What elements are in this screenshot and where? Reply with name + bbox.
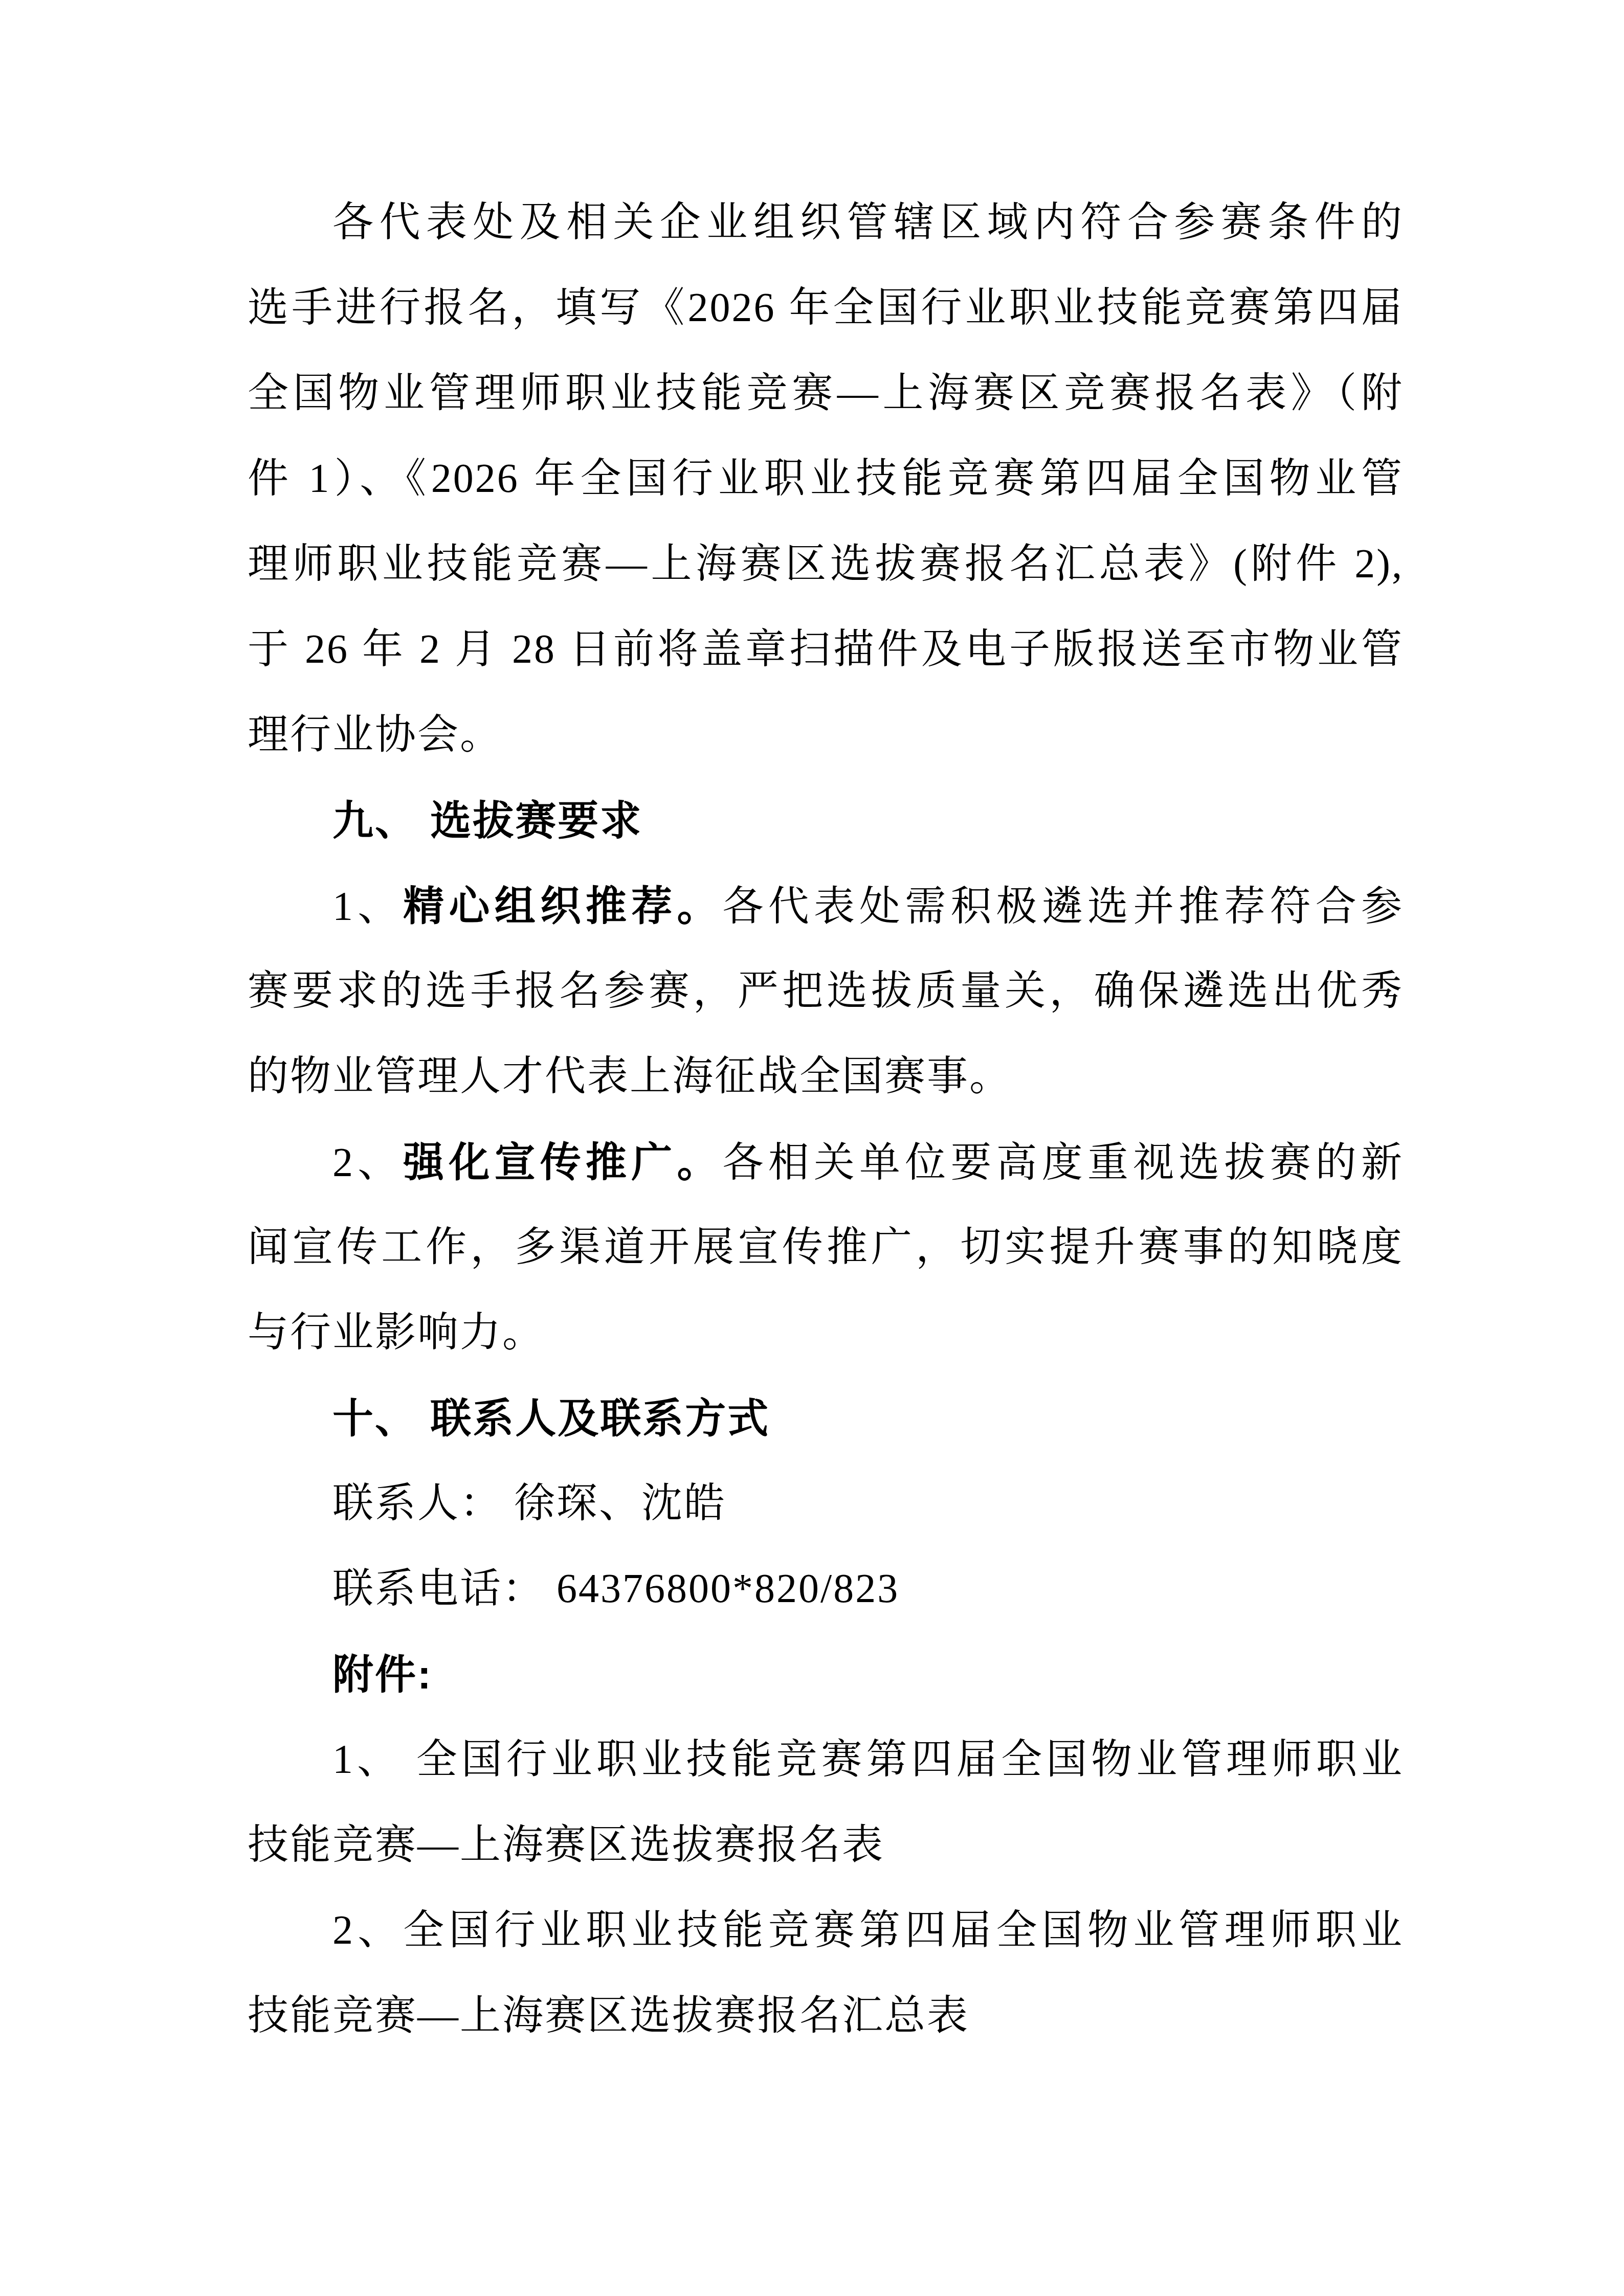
document-body: 各代表处及相关企业组织管辖区域内符合参赛条件的 选手进行报名，填写《2026 年… [248,180,1404,2059]
paragraph-line: 理师职业技能竞赛—上海赛区选拔赛报名汇总表》(附件 2), [248,522,1404,607]
attachments-label: 附件: [248,1632,1404,1717]
attachment-item-line: 2、全国行业职业技能竞赛第四届全国物业管理师职业 [248,1888,1404,1973]
paragraph-line: 选手进行报名，填写《2026 年全国行业职业技能竞赛第四届 [248,265,1404,351]
attachment-item-line: 技能竞赛—上海赛区选拔赛报名汇总表 [248,1973,1404,2059]
paragraph-line: 闻宣传工作，多渠道开展宣传推广，切实提升赛事的知晓度 [248,1205,1404,1290]
paragraph-text: 各相关单位要高度重视选拔赛的新 [723,1140,1404,1185]
attachment-item-line: 1、 全国行业职业技能竞赛第四届全国物业管理师职业 [248,1717,1404,1803]
paragraph-line: 的物业管理人才代表上海征战全国赛事。 [248,1034,1404,1119]
paragraph-line: 1、精心组织推荐。各代表处需积极遴选并推荐符合参 [248,863,1404,949]
paragraph-line: 赛要求的选手报名参赛，严把选拔质量关，确保遴选出优秀 [248,949,1404,1034]
paragraph-line: 于 26 年 2 月 28 日前将盖章扫描件及电子版报送至市物业管 [248,607,1404,692]
list-number: 1、 [332,884,403,929]
paragraph-line: 全国物业管理师职业技能竞赛—上海赛区竞赛报名表》（附 [248,351,1404,436]
contact-person-line: 联系人： 徐琛、沈皓 [248,1461,1404,1546]
attachment-item-line: 技能竞赛—上海赛区选拔赛报名表 [248,1803,1404,1888]
bold-lead-phrase: 精心组织推荐。 [403,883,722,929]
paragraph-line: 与行业影响力。 [248,1290,1404,1376]
document-page: 各代表处及相关企业组织管辖区域内符合参赛条件的 选手进行报名，填写《2026 年… [0,0,1624,2296]
section-heading-ten: 十、 联系人及联系方式 [248,1376,1404,1461]
paragraph-line: 2、强化宣传推广。各相关单位要高度重视选拔赛的新 [248,1119,1404,1205]
contact-phone-line: 联系电话： 64376800*820/823 [248,1546,1404,1632]
paragraph-line: 理行业协会。 [248,692,1404,778]
paragraph-text: 各代表处需积极遴选并推荐符合参 [723,884,1404,929]
bold-lead-phrase: 强化宣传推广。 [403,1139,722,1185]
paragraph-line: 各代表处及相关企业组织管辖区域内符合参赛条件的 [248,180,1404,265]
section-heading-nine: 九、 选拔赛要求 [248,778,1404,863]
list-number: 2、 [332,1140,403,1185]
paragraph-line: 件 1）、《2026 年全国行业职业技能竞赛第四届全国物业管 [248,436,1404,522]
